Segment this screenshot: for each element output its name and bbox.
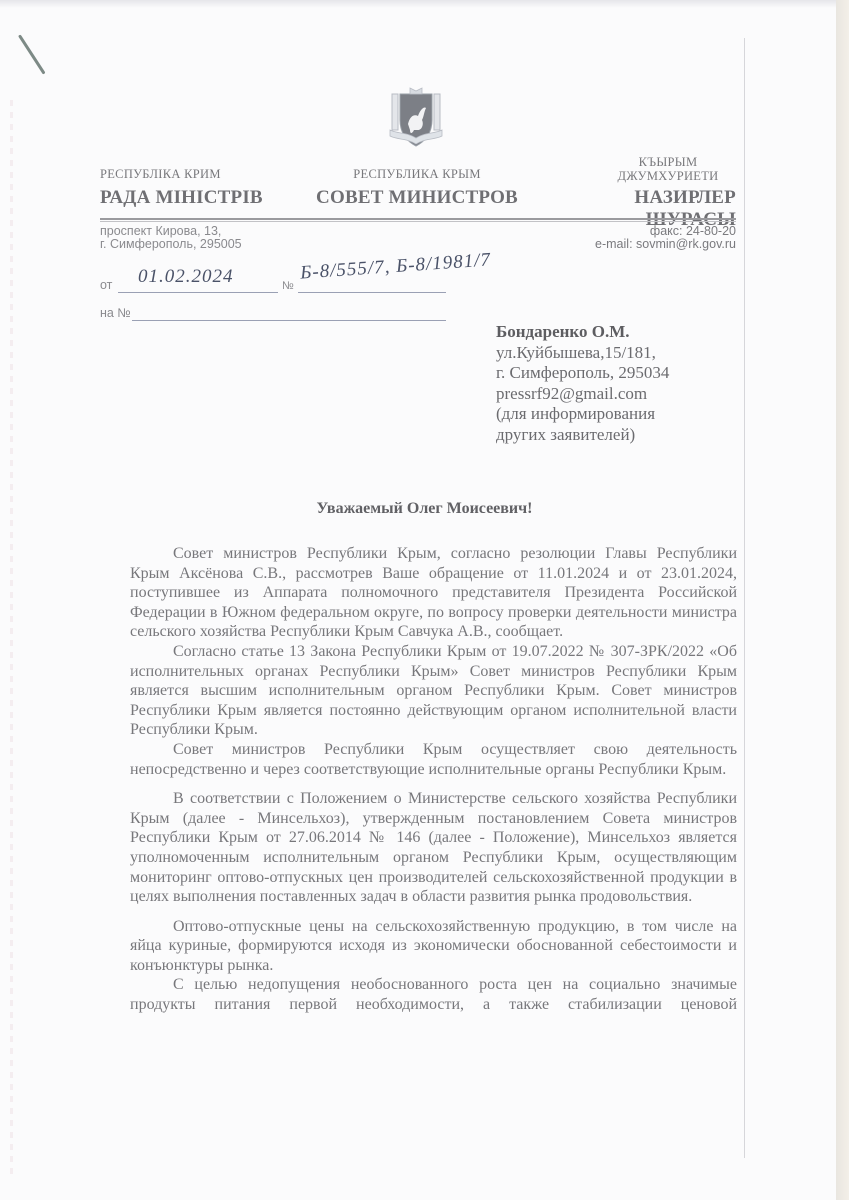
- date-label: от: [100, 278, 112, 292]
- recipient-block: Бондаренко О.М. ул.Куйбышева,15/181, г. …: [496, 322, 669, 445]
- paragraph: Совет министров Республики Крым осуществ…: [130, 740, 737, 779]
- paragraph: Совет министров Республики Крым, согласн…: [130, 544, 737, 642]
- letterhead-divider-thin: [100, 221, 736, 222]
- recipient-email: pressrf92@gmail.com: [496, 384, 669, 405]
- office-contacts: факс: 24-80-20 e-mail: sovmin@rk.gov.ru: [595, 225, 736, 251]
- letterhead-ukrainian: РЕСПУБЛІКА КРИМ РАДА МІНІСТРІВ: [100, 167, 280, 209]
- office-email: e-mail: sovmin@rk.gov.ru: [595, 238, 736, 251]
- recipient-city: г. Симферополь, 295034: [496, 363, 669, 384]
- handwritten-reference-number: Б-8/555/7, Б-8/1981/7: [299, 249, 491, 284]
- address-city: г. Симферополь, 295005: [100, 238, 242, 251]
- scan-top-shadow: [0, 0, 849, 8]
- republic-name-ct-1: КЪЫРЫМ: [600, 155, 736, 169]
- staple-mark: [18, 34, 46, 74]
- republic-name-ru: РЕСПУБЛИКА КРЫМ: [312, 167, 522, 181]
- letterhead-russian: РЕСПУБЛИКА КРЫМ СОВЕТ МИНИСТРОВ: [312, 167, 522, 209]
- salutation: Уважаемый Олег Моисеевич!: [0, 500, 849, 518]
- office-address: проспект Кирова, 13, г. Симферополь, 295…: [100, 225, 242, 251]
- recipient-note-2: других заявителей): [496, 425, 669, 446]
- number-label: №: [282, 280, 294, 292]
- reply-to-underline: [132, 320, 446, 321]
- crimea-coat-of-arms-icon: [388, 86, 444, 150]
- letterhead-divider: [100, 218, 736, 220]
- council-name-ua: РАДА МІНІСТРІВ: [100, 187, 280, 209]
- scan-page-edge: [836, 0, 849, 1200]
- paragraph: В соответствии с Положением о Министерст…: [130, 789, 737, 907]
- recipient-name: Бондаренко О.М.: [496, 322, 669, 343]
- handwritten-date: 01.02.2024: [138, 266, 234, 288]
- recipient-street: ул.Куйбышева,15/181,: [496, 343, 669, 364]
- recipient-note-1: (для информирования: [496, 404, 669, 425]
- paragraph: С целью недопущения необоснованного рост…: [130, 975, 737, 1014]
- paper-fold-line: [744, 38, 745, 1158]
- paragraph: Оптово-отпускные цены на сельскохозяйств…: [130, 917, 737, 976]
- scan-margin-artifact: [10, 100, 13, 1180]
- council-name-ru: СОВЕТ МИНИСТРОВ: [312, 187, 522, 209]
- paragraph: Согласно статье 13 Закона Республики Кры…: [130, 642, 737, 740]
- reply-to-label: на №: [100, 306, 131, 320]
- republic-name-ua: РЕСПУБЛІКА КРИМ: [100, 167, 280, 181]
- letter-body: Совет министров Республики Крым, согласн…: [130, 544, 737, 1015]
- date-underline: [118, 292, 278, 293]
- republic-name-ct-2: ДЖУМХУРИЕТИ: [600, 169, 736, 183]
- number-underline: [298, 292, 446, 293]
